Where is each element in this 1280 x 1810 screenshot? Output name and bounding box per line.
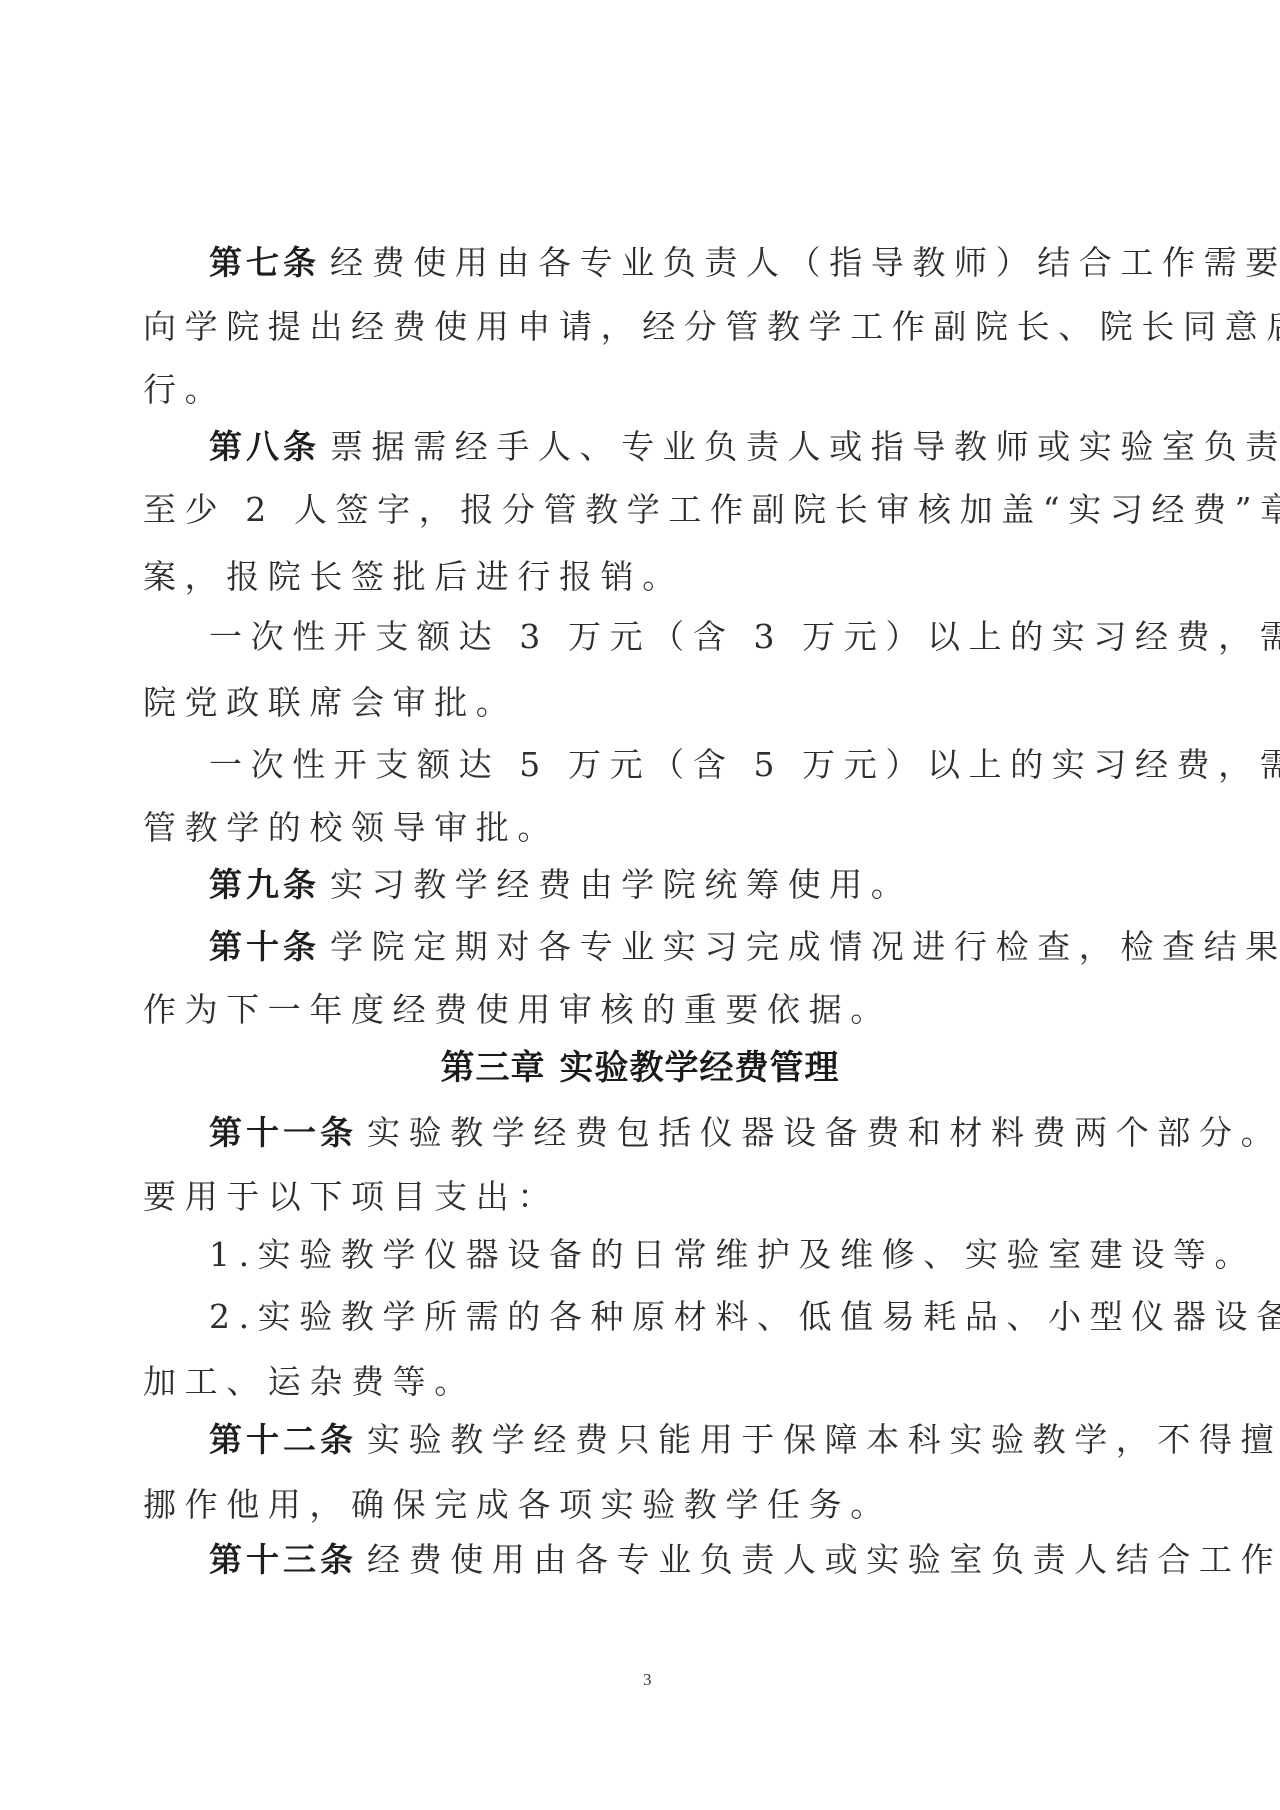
article-12-line-2: 挪作他用，确保完成各项实验教学任务。 [143, 1484, 1153, 1526]
article-9-line-1: 第九条实习教学经费由学院统筹使用。 [209, 864, 1153, 906]
article-7-line-2: 向学院提出经费使用申请，经分管教学工作副院长、院长同意后进 [143, 306, 1153, 348]
article-11-line-1: 第十一条实验教学经费包括仪器设备费和材料费两个部分。主 [209, 1112, 1153, 1154]
list-item-1: 1.实验教学仪器设备的日常维护及维修、实验室建设等。 [209, 1234, 1153, 1276]
article-8-line-3: 案，报院长签批后进行报销。 [143, 556, 1153, 598]
article-label: 第九条 [209, 865, 320, 904]
threshold-5w-line-2: 管教学的校领导审批。 [143, 807, 1153, 849]
page-number: 3 [643, 1670, 652, 1690]
threshold-5w-line-1: 一次性开支额达 5 万元（含 5 万元）以上的实习经费，需经主 [209, 744, 1153, 786]
list-item-2-line-2: 加工、运杂费等。 [143, 1361, 1153, 1403]
article-8-line-1: 第八条票据需经手人、专业负责人或指导教师或实验室负责人 [209, 426, 1153, 468]
article-label: 第八条 [209, 427, 320, 466]
article-label: 第十三条 [209, 1540, 357, 1579]
article-8-line-2: 至少 2 人签字，报分管教学工作副院长审核加盖“实习经费”章备 [143, 489, 1153, 531]
article-label: 第十一条 [209, 1113, 357, 1152]
document-page: 第七条经费使用由各专业负责人（指导教师）结合工作需要， 向学院提出经费使用申请，… [0, 0, 1280, 1810]
chapter-heading: 第三章实验教学经费管理 [0, 1047, 1280, 1089]
article-label: 第七条 [209, 243, 320, 282]
threshold-3w-line-1: 一次性开支额达 3 万元（含 3 万元）以上的实习经费，需经学 [209, 616, 1153, 658]
article-label: 第十二条 [209, 1420, 357, 1459]
threshold-3w-line-2: 院党政联席会审批。 [143, 682, 1153, 724]
article-7-line-1: 第七条经费使用由各专业负责人（指导教师）结合工作需要， [209, 242, 1153, 284]
article-7-line-3: 行。 [143, 369, 1153, 411]
article-12-line-1: 第十二条实验教学经费只能用于保障本科实验教学，不得擅自 [209, 1419, 1153, 1461]
article-label: 第十条 [209, 927, 320, 966]
article-10-line-2: 作为下一年度经费使用审核的重要依据。 [143, 989, 1153, 1031]
article-13-line-1: 第十三条经费使用由各专业负责人或实验室负责人结合工作 [209, 1539, 1153, 1581]
article-11-line-2: 要用于以下项目支出： [143, 1176, 1153, 1218]
article-10-line-1: 第十条学院定期对各专业实习完成情况进行检查，检查结果将 [209, 926, 1153, 968]
list-item-2-line-1: 2.实验教学所需的各种原材料、低值易耗品、小型仪器设备及 [209, 1296, 1153, 1338]
